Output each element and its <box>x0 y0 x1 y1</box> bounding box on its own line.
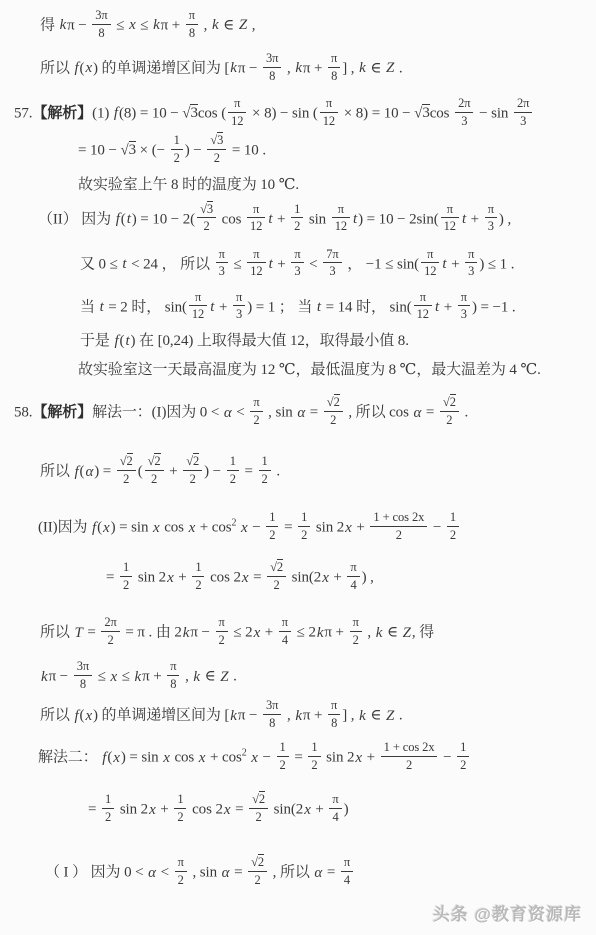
math-variable: α <box>223 405 233 421</box>
math-variable: k <box>182 625 191 641</box>
math-variable: t <box>268 256 274 272</box>
fraction: 3π8 <box>74 659 92 691</box>
math-variable: x <box>84 708 93 724</box>
fraction: π12 <box>332 202 350 234</box>
math-variable: k <box>358 708 367 724</box>
math-variable: x <box>198 750 207 766</box>
math-variable: α <box>221 865 231 881</box>
fraction: 12 <box>102 792 114 824</box>
formula-line: 故实验室这一天最高温度为 12 ℃，最低温度为 8 ℃，最大温差为 4 ℃. <box>0 361 596 380</box>
fraction: π4 <box>329 792 341 824</box>
fraction: π2 <box>175 855 187 887</box>
formula-line: 57.【解析】(1) f(8) = 10 − √3cos (π12 × 8) −… <box>0 98 596 130</box>
math-variable: α <box>412 405 422 421</box>
math-variable: t <box>126 211 132 227</box>
fraction: π8 <box>167 659 179 691</box>
math-variable: k <box>59 17 68 33</box>
bold-label: 【解析】 <box>32 405 92 421</box>
sqrt-radical: √3 <box>120 141 136 158</box>
fraction: π2 <box>350 615 362 647</box>
math-variable: x <box>84 60 93 76</box>
fraction: 3π8 <box>92 8 110 40</box>
math-variable: f <box>113 105 119 121</box>
bold-label: 【解析】 <box>32 105 92 121</box>
formula-line: 于是 f(t) 在 [0,24) 上取得最大值 12，取得最小值 8. <box>0 332 596 351</box>
sqrt-radical: √2 <box>443 394 456 409</box>
fraction: π4 <box>347 560 359 592</box>
math-variable: f <box>73 708 79 724</box>
fraction: π3 <box>485 202 497 234</box>
fraction: π8 <box>328 51 340 83</box>
math-variable: k <box>375 625 384 641</box>
fraction: π12 <box>441 202 459 234</box>
math-variable: t <box>352 211 358 227</box>
math-variable: x <box>241 570 250 586</box>
fraction: π8 <box>186 8 198 40</box>
formula-line: （II） 因为 f(t) = 10 − 2(√32 cos π12t + 12 … <box>0 204 596 236</box>
fraction: 12 <box>277 740 289 772</box>
math-variable: x <box>128 17 137 33</box>
fraction: 12 <box>171 133 183 165</box>
math-variable: x <box>166 570 175 586</box>
math-variable: x <box>321 570 330 586</box>
fraction: √22 <box>324 395 343 427</box>
math-variable: x <box>162 750 171 766</box>
math-variable: x <box>112 750 121 766</box>
math-variable: x <box>250 750 259 766</box>
math-variable: t <box>209 299 215 315</box>
fraction: 12 <box>291 202 303 234</box>
math-variable: f <box>115 211 121 227</box>
math-variable: k <box>152 17 161 33</box>
fraction: 7π3 <box>323 247 341 279</box>
fraction: π12 <box>228 96 246 128</box>
math-variable: k <box>358 60 367 76</box>
fraction: π4 <box>279 615 291 647</box>
formula-line: 所以 f(x) 的单调递增区间为 [kπ − 3π8 , kπ + π8] , … <box>0 700 596 732</box>
fraction: √32 <box>197 202 216 234</box>
formula-line: 所以 T = 2π2 = π . 由 2kπ − π2 ≤ 2x + π4 ≤ … <box>0 617 596 649</box>
math-variable: α <box>313 865 323 881</box>
math-variable: k <box>229 708 238 724</box>
math-variable: Z <box>219 669 229 685</box>
watermark: 头条 @教育资源库 <box>433 900 582 925</box>
formula-line: = 12 sin 2x + 12 cos 2x = √22 sin(2x + π… <box>0 562 596 594</box>
formula-line: kπ − 3π8 ≤ x ≤ kπ + π8 , k ∈ Z . <box>0 661 596 693</box>
fraction: π3 <box>291 247 303 279</box>
formula-line: (II)因为 f(x) = sin x cos x + cos2 x − 12 … <box>0 512 596 544</box>
fraction: π2 <box>216 615 228 647</box>
sqrt-radical: √2 <box>270 559 283 574</box>
math-variable: α <box>296 405 306 421</box>
math-variable: x <box>152 520 161 536</box>
math-variable: f <box>91 520 97 536</box>
superscript: 2 <box>231 518 236 529</box>
sqrt-radical: √3 <box>182 104 198 121</box>
sqrt-radical: √2 <box>186 453 199 468</box>
fraction: 12 <box>266 510 278 542</box>
math-variable: x <box>344 520 353 536</box>
sqrt-radical: √3 <box>200 201 213 216</box>
fraction: √32 <box>207 133 226 165</box>
fraction: π12 <box>247 247 265 279</box>
fraction: √22 <box>248 855 267 887</box>
fraction: π12 <box>189 290 207 322</box>
fraction: 12 <box>227 454 239 486</box>
fraction: π12 <box>414 290 432 322</box>
fraction: π12 <box>247 202 265 234</box>
formula-line: = 10 − √3 × (− 12) − √32 = 10 . <box>0 135 596 167</box>
document-body: 得 kπ − 3π8 ≤ x ≤ kπ + π8 , k ∈ Z ,所以 f(x… <box>0 10 596 889</box>
formula-line: 58.【解析】解法一：(I)因为 0 < α < π2 , sin α = √2… <box>0 397 596 429</box>
math-variable: Z <box>402 625 412 641</box>
document-page: 得 kπ − 3π8 ≤ x ≤ kπ + π8 , k ∈ Z ,所以 f(x… <box>0 0 596 935</box>
sqrt-radical: √2 <box>252 791 265 806</box>
math-variable: x <box>253 625 262 641</box>
fraction: 12 <box>259 454 271 486</box>
fraction: π4 <box>341 855 353 887</box>
formula-line: 故实验室上午 8 时的温度为 10 ℃. <box>0 176 596 195</box>
math-variable: x <box>102 520 111 536</box>
math-variable: x <box>240 520 249 536</box>
fraction: π3 <box>465 247 477 279</box>
fraction: √22 <box>249 792 268 824</box>
formula-line: 得 kπ − 3π8 ≤ x ≤ kπ + π8 , k ∈ Z , <box>0 10 596 42</box>
math-variable: t <box>461 211 467 227</box>
fraction: π3 <box>233 290 245 322</box>
formula-line: 又 0 ≤ t < 24 ， 所以 π3 ≤ π12t + π3 < 7π3 ，… <box>0 249 596 281</box>
fraction: π8 <box>328 698 340 730</box>
math-variable: t <box>124 333 130 349</box>
math-variable: k <box>211 17 220 33</box>
fraction: 12 <box>174 792 186 824</box>
math-variable: α <box>147 865 157 881</box>
math-variable: t <box>441 256 447 272</box>
fraction: 2π2 <box>101 615 119 647</box>
fraction: √22 <box>145 454 164 486</box>
sqrt-radical: √2 <box>148 453 161 468</box>
fraction: π12 <box>320 96 338 128</box>
fraction: √22 <box>117 454 136 486</box>
fraction: √22 <box>183 454 202 486</box>
formula-line: = 12 sin 2x + 12 cos 2x = √22 sin(2x + π… <box>0 794 596 826</box>
math-variable: k <box>294 60 303 76</box>
formula-line: 当 t = 2 时， sin(π12t + π3) = 1 ； 当 t = 14… <box>0 292 596 324</box>
math-variable: k <box>229 60 238 76</box>
math-variable: f <box>101 750 107 766</box>
fraction: π3 <box>216 247 228 279</box>
math-variable: T <box>73 625 83 641</box>
fraction: 3π8 <box>263 698 281 730</box>
math-variable: Z <box>238 17 248 33</box>
fraction: 3π8 <box>263 51 281 83</box>
math-variable: t <box>316 299 322 315</box>
math-variable: k <box>316 625 325 641</box>
sqrt-radical: √2 <box>120 453 133 468</box>
math-variable: x <box>303 802 312 818</box>
math-variable: x <box>148 802 157 818</box>
sqrt-radical: √3 <box>414 104 430 121</box>
math-variable: t <box>434 299 440 315</box>
fraction: π12 <box>421 247 439 279</box>
math-variable: f <box>73 464 79 480</box>
fraction: 12 <box>457 740 469 772</box>
sqrt-radical: √3 <box>210 132 223 147</box>
math-variable: k <box>40 669 49 685</box>
fraction: 1 + cos 2x2 <box>381 740 438 772</box>
formula-line: （ I ） 因为 0 < α < π2 , sin α = √22 , 所以 α… <box>0 857 596 889</box>
fraction: 2π3 <box>455 96 473 128</box>
fraction: √22 <box>267 560 286 592</box>
fraction: 12 <box>447 510 459 542</box>
superscript: 2 <box>242 748 247 759</box>
math-variable: k <box>192 669 201 685</box>
math-variable: Z <box>385 60 395 76</box>
math-variable: f <box>73 60 79 76</box>
fraction: √22 <box>440 395 459 427</box>
math-variable: α <box>84 464 94 480</box>
math-variable: x <box>110 669 119 685</box>
sqrt-radical: √2 <box>251 854 264 869</box>
math-variable: Z <box>385 708 395 724</box>
fraction: 12 <box>298 510 310 542</box>
fraction: 2π3 <box>514 96 532 128</box>
formula-line: 解法二： f(x) = sin x cos x + cos2 x − 12 = … <box>0 742 596 774</box>
formula-line: 所以 f(x) 的单调递增区间为 [kπ − 3π8 , kπ + π8] , … <box>0 53 596 85</box>
fraction: 12 <box>192 560 204 592</box>
fraction: π3 <box>458 290 470 322</box>
math-variable: t <box>99 299 105 315</box>
math-variable: t <box>121 256 127 272</box>
math-variable: f <box>113 333 119 349</box>
fraction: 1 + cos 2x2 <box>370 510 427 542</box>
math-variable: x <box>223 802 232 818</box>
fraction: 12 <box>120 560 132 592</box>
fraction: π2 <box>250 395 262 427</box>
math-variable: x <box>188 520 197 536</box>
math-variable: t <box>267 211 273 227</box>
math-variable: x <box>354 750 363 766</box>
math-variable: k <box>134 669 143 685</box>
fraction: 12 <box>308 740 320 772</box>
math-variable: k <box>294 708 303 724</box>
sqrt-radical: √2 <box>327 394 340 409</box>
formula-line: 所以 f(α) = √22(√22 + √22) − 12 = 12 . <box>0 456 596 488</box>
